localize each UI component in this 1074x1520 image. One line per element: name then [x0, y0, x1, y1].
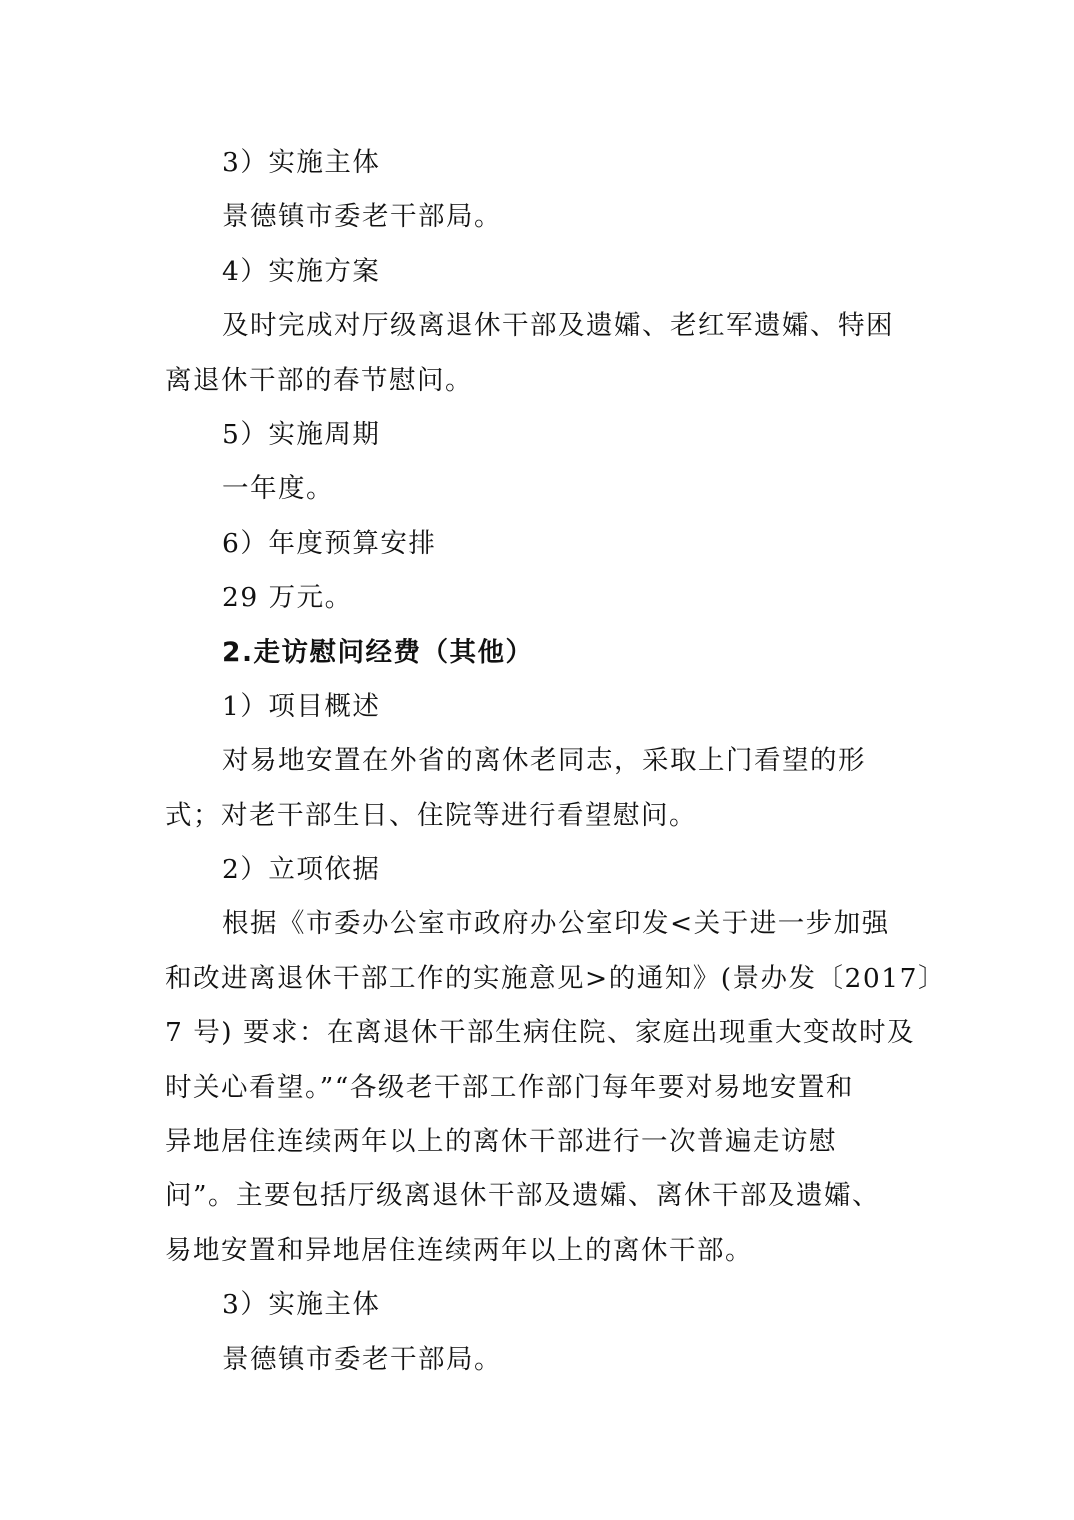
section-2-item-2-body-line-2: 和改进离退休干部工作的实施意见>的通知》(景办发〔2017〕: [165, 962, 915, 1016]
item-5-heading: 5）实施周期: [165, 418, 915, 472]
section-2-item-2-body-line-6: 问”。主要包括厅级离退休干部及遗孀、离休干部及遗孀、: [165, 1179, 915, 1233]
section-2-item-2-body-line-5: 异地居住连续两年以上的离休干部进行一次普遍走访慰: [165, 1125, 915, 1179]
section-2-item-2-heading: 2）立项依据: [165, 853, 915, 907]
item-4-body-line-1: 及时完成对厅级离退休干部及遗孀、老红军遗孀、特困: [165, 309, 915, 363]
item-4-body-line-2: 离退休干部的春节慰问。: [165, 364, 915, 418]
section-2-item-1-heading: 1）项目概述: [165, 690, 915, 744]
section-2-item-2-body-line-3: 7 号) 要求：在离退休干部生病住院、家庭出现重大变故时及: [165, 1016, 915, 1070]
item-6-body: 29 万元。: [165, 581, 915, 635]
section-2-item-2-body-line-4: 时关心看望。”“各级老干部工作部门每年要对易地安置和: [165, 1071, 915, 1125]
section-2-item-1-body-line-2: 式；对老干部生日、住院等进行看望慰问。: [165, 799, 915, 853]
section-2-item-1-body-line-1: 对易地安置在外省的离休老同志，采取上门看望的形: [165, 744, 915, 798]
item-5-body: 一年度。: [165, 472, 915, 526]
document-page: 3）实施主体 景德镇市委老干部局。 4）实施方案 及时完成对厅级离退休干部及遗孀…: [165, 146, 915, 1397]
section-2-item-3-body: 景德镇市委老干部局。: [165, 1343, 915, 1397]
item-4-heading: 4）实施方案: [165, 255, 915, 309]
item-3-heading: 3）实施主体: [165, 146, 915, 200]
section-2-item-2-body-line-7: 易地安置和异地居住连续两年以上的离休干部。: [165, 1234, 915, 1288]
section-2-item-2-body-line-1: 根据《市委办公室市政府办公室印发<关于进一步加强: [165, 907, 915, 961]
section-2-item-3-heading: 3）实施主体: [165, 1288, 915, 1342]
item-6-heading: 6）年度预算安排: [165, 527, 915, 581]
section-2-title: 2.走访慰问经费（其他）: [165, 636, 915, 690]
item-3-body: 景德镇市委老干部局。: [165, 200, 915, 254]
